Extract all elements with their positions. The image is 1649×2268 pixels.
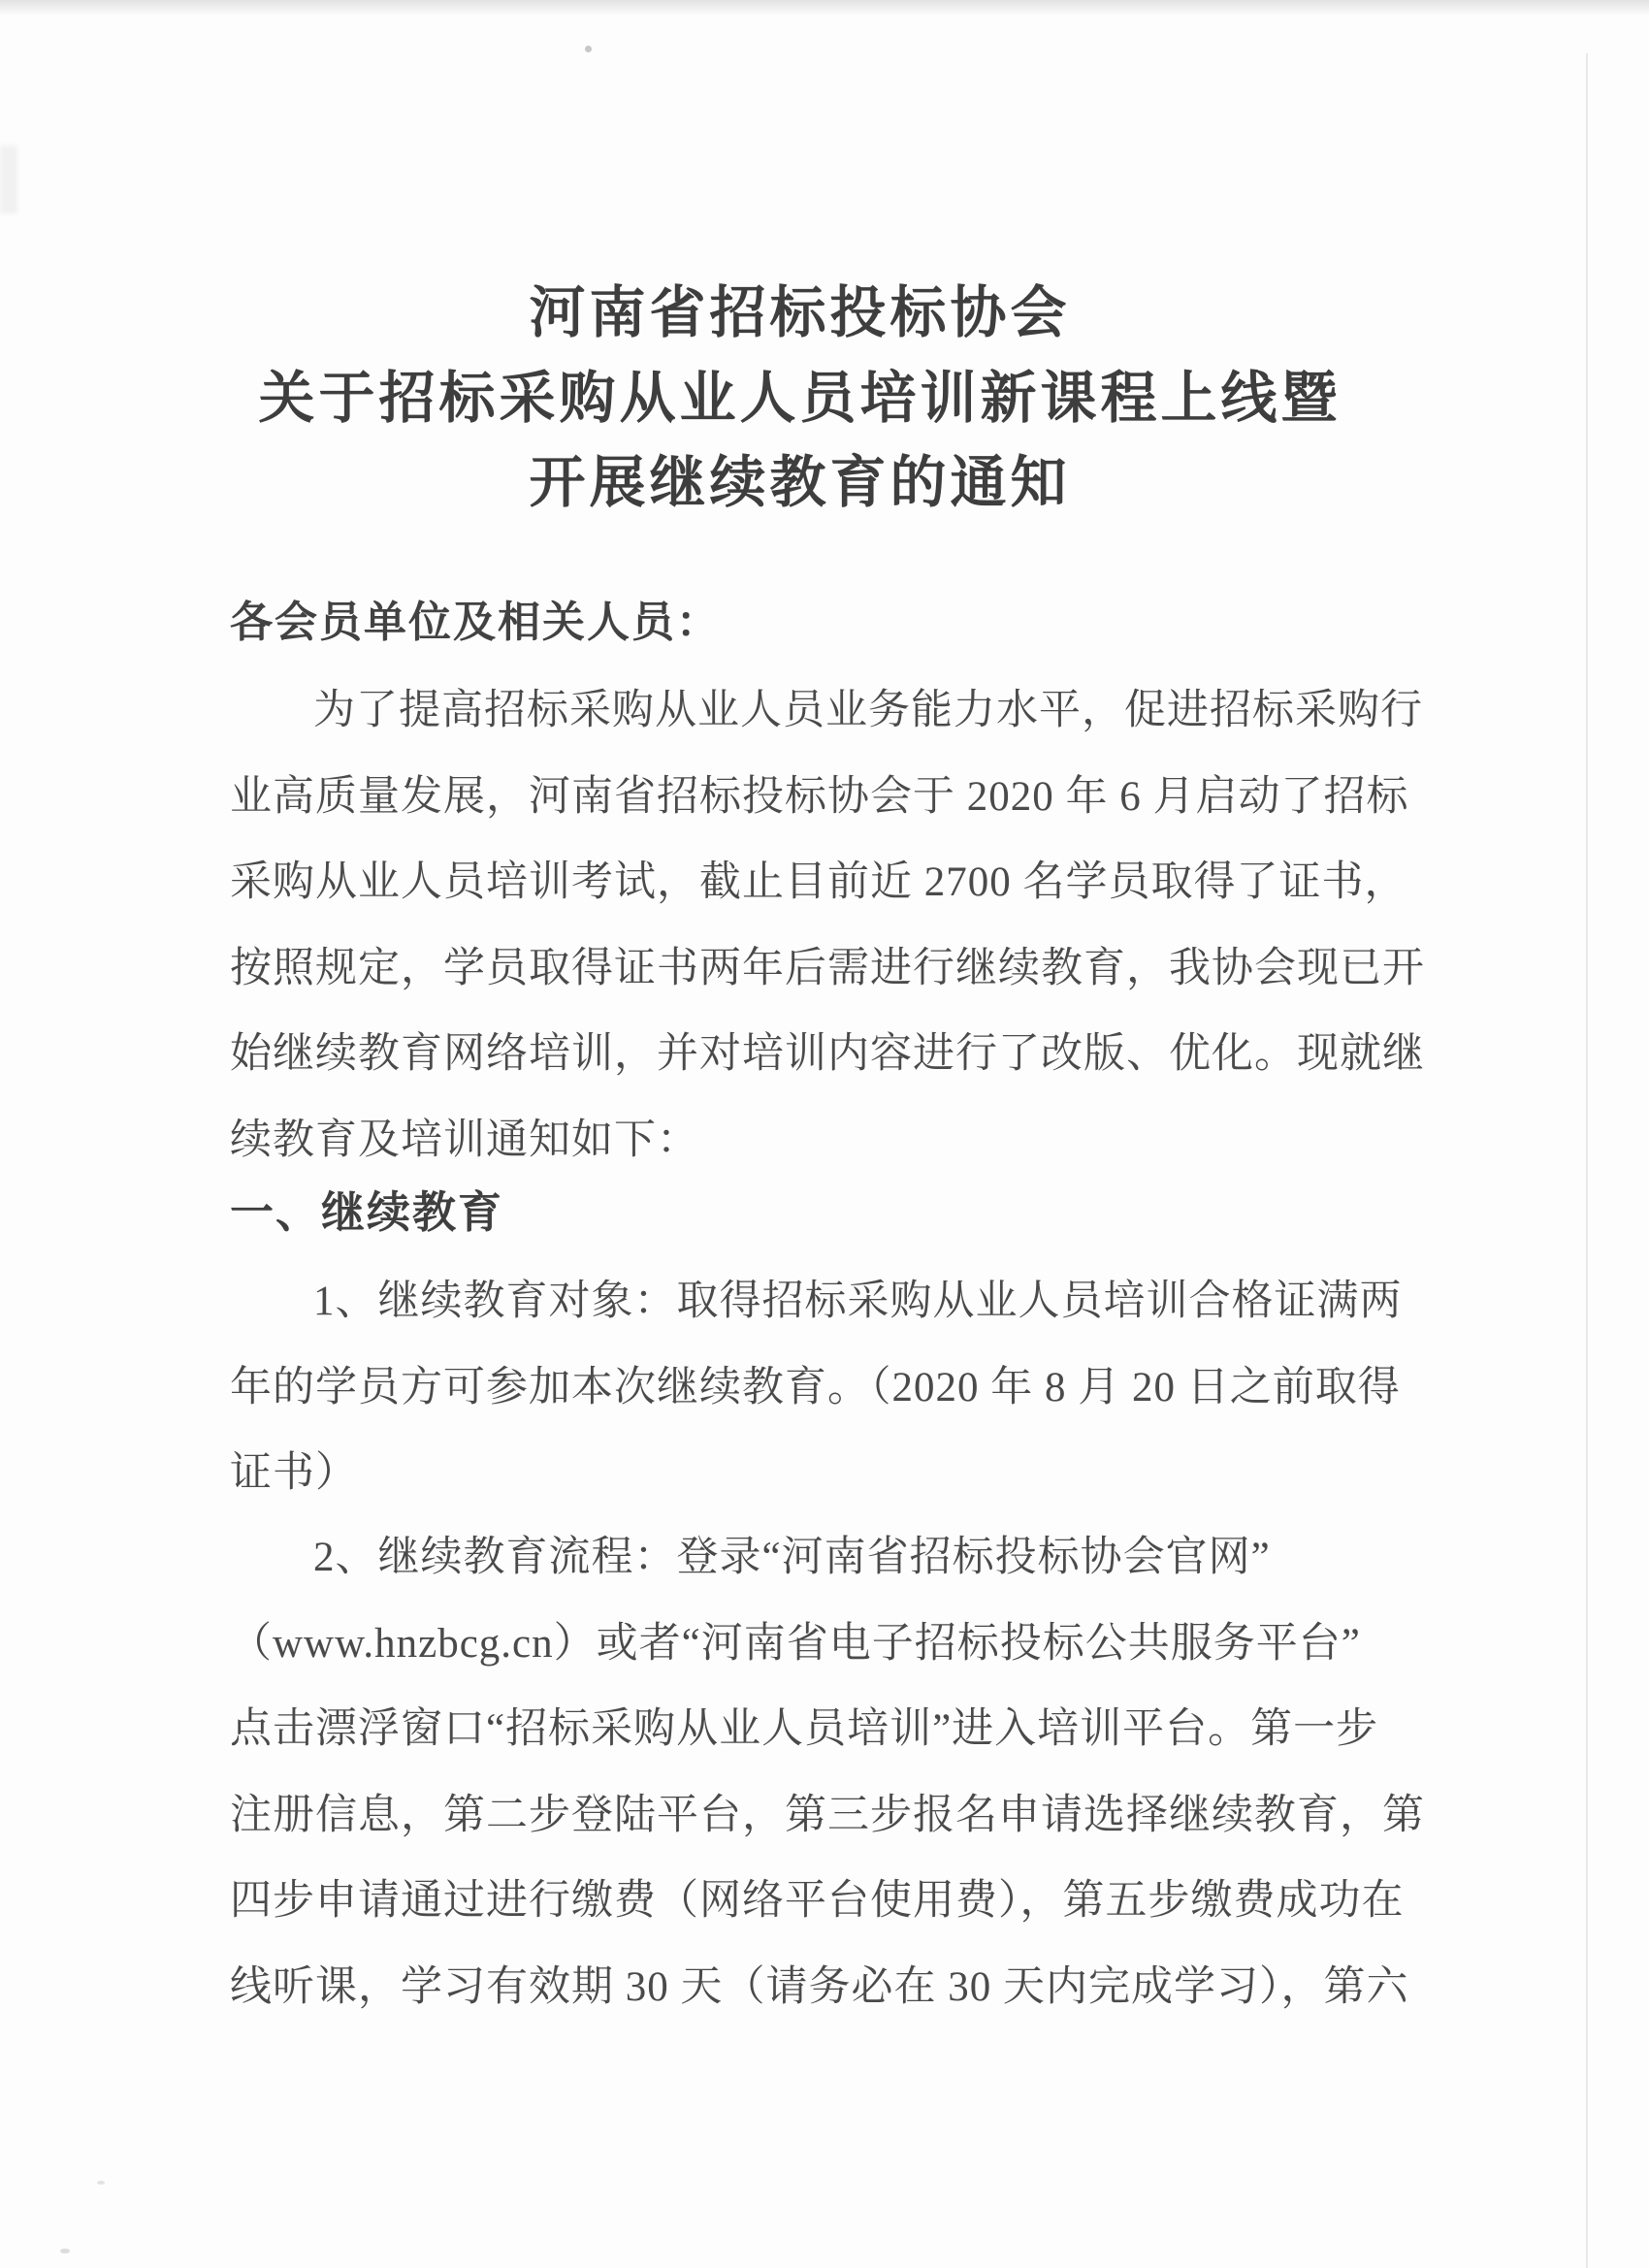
item-1-paragraph: 1、继续教育对象：取得招标采购从业人员培训合格证满两年的学员方可参加本次继续教育… [230,1259,1379,1517]
text-line: 采购从业人员培训考试，截止目前近 2700 名学员取得了证书， [230,840,1379,926]
salutation: 各会员单位及相关人员： [230,598,721,649]
scan-speck-dot [97,2181,105,2185]
text-line: 河南省招标投标协会 [230,271,1370,356]
text-line: 2、继续教育流程：登录“河南省招标投标协会官网” [230,1515,1379,1602]
scanned-notice-page: 河南省招标投标协会关于招标采购从业人员培训新课程上线暨开展继续教育的通知 各会员… [0,0,1649,2268]
text-line: 开展继续教育的通知 [230,440,1370,526]
text-line: 点击漂浮窗口“招标采购从业人员培训”进入培训平台。第一步 [230,1687,1379,1773]
text-line: 续教育及培训通知如下： [230,1098,1379,1184]
text-line: 证书） [230,1431,1379,1517]
text-line: 为了提高招标采购从业人员业务能力水平，促进招标采购行 [230,668,1379,755]
scan-speck-dot [585,46,592,52]
text-line: 四步申请通过进行缴费（网络平台使用费），第五步缴费成功在 [230,1859,1379,1945]
text-line: 业高质量发展，河南省招标投标协会于 2020 年 6 月启动了招标 [230,755,1379,841]
text-line: 始继续教育网络培训，并对培训内容进行了改版、优化。现就继 [230,1012,1379,1098]
document-title: 河南省招标投标协会关于招标采购从业人员培训新课程上线暨开展继续教育的通知 [230,271,1370,526]
text-line: 年的学员方可参加本次继续教育。（2020 年 8 月 20 日之前取得 [230,1345,1379,1432]
text-line: 按照规定，学员取得证书两年后需进行继续教育，我协会现已开 [230,926,1379,1013]
text-line: 注册信息，第二步登陆平台，第三步报名申请选择继续教育，第 [230,1773,1379,1860]
text-line: 关于招标采购从业人员培训新课程上线暨 [230,356,1370,441]
scan-speck-dot [60,2249,70,2253]
text-line: （www.hnzbcg.cn）或者“河南省电子招标投标公共服务平台” [230,1602,1379,1688]
scan-smudge-left [0,146,17,213]
page-edge-line [1586,53,1588,2268]
text-line: 1、继续教育对象：取得招标采购从业人员培训合格证满两 [230,1259,1379,1345]
intro-paragraph: 为了提高招标采购从业人员业务能力水平，促进招标采购行业高质量发展，河南省招标投标… [230,668,1379,1183]
section-heading-continuing-education: 一、继续教育 [230,1187,503,1238]
text-line: 线听课，学习有效期 30 天（请务必在 30 天内完成学习），第六 [230,1945,1379,2031]
item-2-paragraph: 2、继续教育流程：登录“河南省招标投标协会官网”（www.hnzbcg.cn）或… [230,1515,1379,2030]
scan-edge-shadow-top [0,0,1649,16]
